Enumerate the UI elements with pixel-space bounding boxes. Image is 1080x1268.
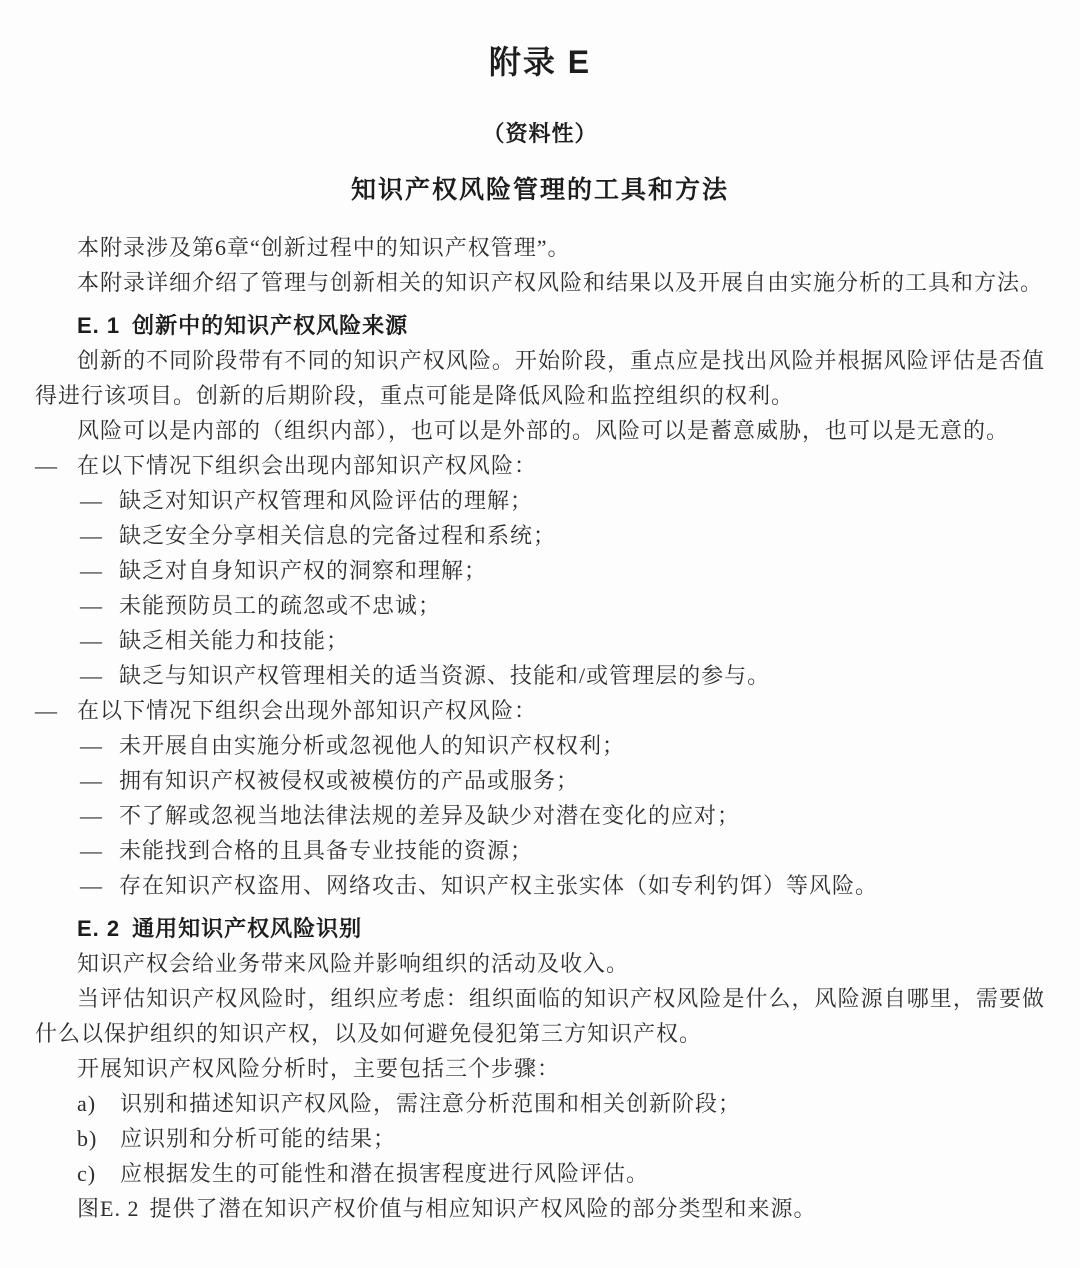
item-text: 不了解或忽视当地法律法规的差异及缺少对潜在变化的应对； bbox=[119, 798, 1045, 833]
document-heading: 知识产权风险管理的工具和方法 bbox=[35, 174, 1045, 206]
figure-caption-text: 提供了潜在知识产权价值与相应知识产权风险的部分类型和来源。 bbox=[149, 1196, 816, 1221]
figure-number: 图E. 2 bbox=[77, 1196, 139, 1221]
item-text: 应识别和分析可能的结果； bbox=[120, 1121, 1045, 1156]
sub-bullet-item: —缺乏与知识产权管理相关的适当资源、技能和/或管理层的参与。 bbox=[35, 658, 1045, 693]
appendix-title: 附录 E bbox=[35, 0, 1045, 82]
dash-marker: — bbox=[35, 693, 77, 728]
item-text: 缺乏相关能力和技能； bbox=[119, 623, 1045, 658]
bullet-item: —在以下情况下组织会出现外部知识产权风险： bbox=[35, 693, 1045, 728]
dash-marker: — bbox=[80, 483, 119, 518]
section-heading: E. 1创新中的知识产权风险来源 bbox=[35, 308, 1045, 343]
document-page: 附录 E （资料性） 知识产权风险管理的工具和方法 本附录涉及第6章“创新过程中… bbox=[0, 0, 1080, 1268]
item-letter: b) bbox=[77, 1121, 120, 1156]
sub-bullet-item: —不了解或忽视当地法律法规的差异及缺少对潜在变化的应对； bbox=[35, 798, 1045, 833]
item-text: 缺乏安全分享相关信息的完备过程和系统； bbox=[119, 518, 1045, 553]
section-number: E. 2 bbox=[77, 916, 120, 941]
sub-bullet-item: —缺乏对自身知识产权的洞察和理解； bbox=[35, 553, 1045, 588]
lettered-list-item: b)应识别和分析可能的结果； bbox=[35, 1121, 1045, 1156]
informative-tag: （资料性） bbox=[35, 120, 1045, 148]
dash-marker: — bbox=[80, 763, 119, 798]
dash-marker: — bbox=[80, 833, 119, 868]
item-text: 缺乏对自身知识产权的洞察和理解； bbox=[119, 553, 1045, 588]
paragraph: 风险可以是内部的（组织内部），也可以是外部的。风险可以是蓄意威胁，也可以是无意的… bbox=[35, 413, 1045, 448]
dash-marker: — bbox=[80, 553, 119, 588]
item-text: 缺乏对知识产权管理和风险评估的理解； bbox=[119, 483, 1045, 518]
figure-reference: 图E. 2提供了潜在知识产权价值与相应知识产权风险的部分类型和来源。 bbox=[35, 1191, 1045, 1226]
item-text: 未能预防员工的疏忽或不忠诚； bbox=[119, 588, 1045, 623]
sub-bullet-item: —缺乏相关能力和技能； bbox=[35, 623, 1045, 658]
item-text: 识别和描述知识产权风险，需注意分析范围和相关创新阶段； bbox=[120, 1086, 1045, 1121]
paragraph: 知识产权会给业务带来风险并影响组织的活动及收入。 bbox=[35, 946, 1045, 981]
dash-marker: — bbox=[80, 728, 119, 763]
item-text: 在以下情况下组织会出现内部知识产权风险： bbox=[77, 448, 1045, 483]
item-text: 未开展自由实施分析或忽视他人的知识产权权利； bbox=[119, 728, 1045, 763]
paragraph: 本附录涉及第6章“创新过程中的知识产权管理”。 bbox=[35, 230, 1045, 265]
bullet-item: —在以下情况下组织会出现内部知识产权风险： bbox=[35, 448, 1045, 483]
dash-marker: — bbox=[80, 518, 119, 553]
item-text: 在以下情况下组织会出现外部知识产权风险： bbox=[77, 693, 1045, 728]
item-text: 存在知识产权盗用、网络攻击、知识产权主张实体（如专利钓饵）等风险。 bbox=[119, 868, 1045, 903]
item-letter: c) bbox=[77, 1156, 120, 1191]
lettered-list-item: c)应根据发生的可能性和潜在损害程度进行风险评估。 bbox=[35, 1156, 1045, 1191]
paragraph: 创新的不同阶段带有不同的知识产权风险。开始阶段，重点应是找出风险并根据风险评估是… bbox=[35, 343, 1045, 413]
sub-bullet-item: —拥有知识产权被侵权或被模仿的产品或服务； bbox=[35, 763, 1045, 798]
sub-bullet-item: —未能预防员工的疏忽或不忠诚； bbox=[35, 588, 1045, 623]
paragraph: 开展知识产权风险分析时，主要包括三个步骤： bbox=[35, 1051, 1045, 1086]
sub-bullet-item: —存在知识产权盗用、网络攻击、知识产权主张实体（如专利钓饵）等风险。 bbox=[35, 868, 1045, 903]
sub-bullet-item: —未开展自由实施分析或忽视他人的知识产权权利； bbox=[35, 728, 1045, 763]
item-text: 未能找到合格的且具备专业技能的资源； bbox=[119, 833, 1045, 868]
document-body: 本附录涉及第6章“创新过程中的知识产权管理”。本附录详细介绍了管理与创新相关的知… bbox=[35, 230, 1045, 1226]
dash-marker: — bbox=[80, 798, 119, 833]
paragraph: 当评估知识产权风险时，组织应考虑：组织面临的知识产权风险是什么，风险源自哪里，需… bbox=[35, 981, 1045, 1051]
dash-marker: — bbox=[80, 868, 119, 903]
item-text: 缺乏与知识产权管理相关的适当资源、技能和/或管理层的参与。 bbox=[119, 658, 1045, 693]
section-title: 创新中的知识产权风险来源 bbox=[132, 313, 408, 338]
dash-marker: — bbox=[80, 588, 119, 623]
section-heading: E. 2通用知识产权风险识别 bbox=[35, 911, 1045, 946]
item-text: 拥有知识产权被侵权或被模仿的产品或服务； bbox=[119, 763, 1045, 798]
dash-marker: — bbox=[80, 623, 119, 658]
sub-bullet-item: —缺乏对知识产权管理和风险评估的理解； bbox=[35, 483, 1045, 518]
paragraph: 本附录详细介绍了管理与创新相关的知识产权风险和结果以及开展自由实施分析的工具和方… bbox=[35, 265, 1045, 300]
section-title: 通用知识产权风险识别 bbox=[132, 916, 362, 941]
section-number: E. 1 bbox=[77, 313, 120, 338]
dash-marker: — bbox=[35, 448, 77, 483]
lettered-list-item: a)识别和描述知识产权风险，需注意分析范围和相关创新阶段； bbox=[35, 1086, 1045, 1121]
sub-bullet-item: —缺乏安全分享相关信息的完备过程和系统； bbox=[35, 518, 1045, 553]
item-letter: a) bbox=[77, 1086, 120, 1121]
dash-marker: — bbox=[80, 658, 119, 693]
sub-bullet-item: —未能找到合格的且具备专业技能的资源； bbox=[35, 833, 1045, 868]
item-text: 应根据发生的可能性和潜在损害程度进行风险评估。 bbox=[120, 1156, 1045, 1191]
